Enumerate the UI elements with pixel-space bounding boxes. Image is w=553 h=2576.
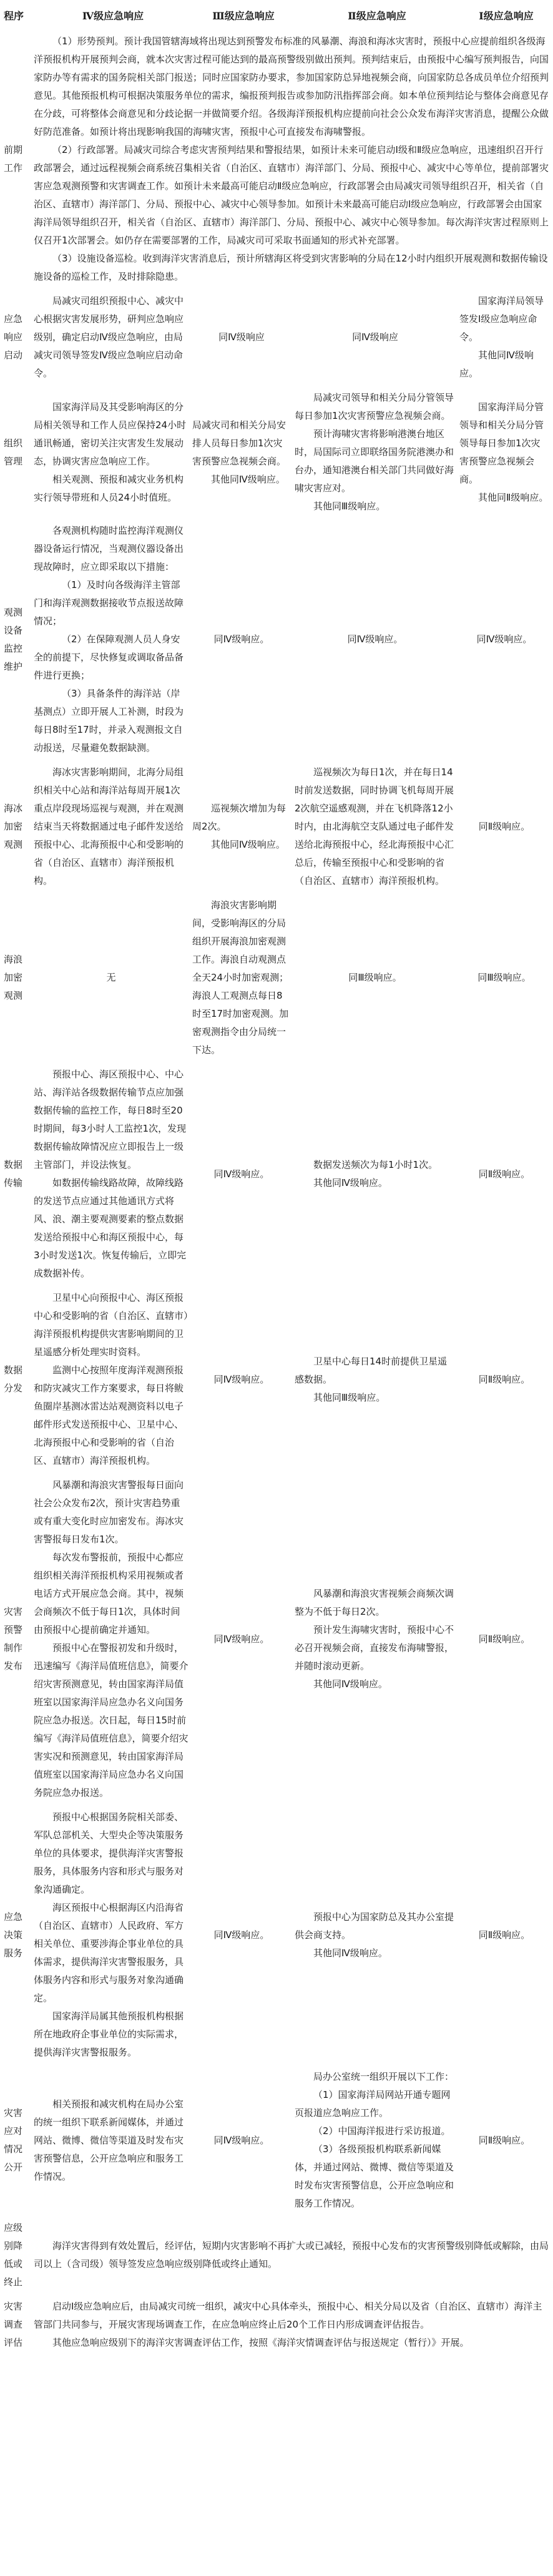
cell-level-4: 局减灾司组织预报中心、减灾中心根据灾害发展形势，研判应急响应级别，确定启动Ⅳ级应…	[34, 290, 192, 386]
table-row-wave-observation: 海浪加密观测 无 海浪灾害影响期间，受影响海区的分局组织开展海浪加密观测工作。海…	[0, 894, 553, 1063]
cell-level-1: 国家海洋局领导签发Ⅰ级应急响应命令。 其他同Ⅳ级响应。	[459, 290, 553, 386]
table-row-disclosure: 灾害应对情况公开 相关预报和减灾机构在局办公室的统一组织下联系新闻媒体，并通过网…	[0, 2065, 553, 2216]
cell-level-3: 局减灾司和相关分局安排人员每日参加1次灾害预警应急视频会商。 其他同Ⅳ级响应。	[192, 386, 295, 519]
cell-level-2: 巡视频次为每日1次，并在每日14时前发送数据，同时协调飞机每周开展2次航空遥感观…	[295, 761, 459, 894]
cell-level-4: 海冰灾害影响期间，北海分局组织相关中心站和海洋站每周开展1次重点岸段现场巡视与观…	[34, 761, 192, 894]
header-level-1: Ⅰ级应急响应	[459, 0, 553, 30]
table-row-warning-release: 灾害预警制作发布 风暴潮和海浪灾害警报每日面向社会公众发布2次，预计灾害趋势重或…	[0, 1474, 553, 1806]
cell-level-2: 局减灾司领导和相关分局分管领导每日参加1次灾害预警应急视频会商。 预计海啸灾害将…	[295, 386, 459, 519]
cell-level-2: 风暴潮和海浪灾害视频会商频次调整为不低于每日2次。 预计发生海啸灾害时，预报中心…	[295, 1474, 459, 1806]
table-row-monitoring: 观测设备监控维护 各观测机构随时监控海洋观测仪器设备运行情况，当观测仪器设备出现…	[0, 519, 553, 761]
row-label: 数据分发	[0, 1286, 34, 1474]
cell-level-1: 同Ⅱ级响应。	[459, 1063, 553, 1286]
cell-level-3: 同Ⅳ级响应。	[192, 2065, 295, 2216]
table-row-organization: 组织管理 国家海洋局及其受影响海区的分局相关领导和工作人员应保持24小时通讯畅通…	[0, 386, 553, 519]
cell-level-2: 局办公室统一组织开展以下工作： （1）国家海洋局网站开通专题网页报道应急响应工作…	[295, 2065, 459, 2216]
row-label: 组织管理	[0, 386, 34, 519]
table-row-data-distribution: 数据分发 卫星中心向预报中心、海区预报中心和受影响的省（自治区、直辖市）海洋预报…	[0, 1286, 553, 1474]
cell-level-3: 同Ⅳ级响应。	[192, 1286, 295, 1474]
survey-content: 启动Ⅰ级应急响应后，由局减灾司统一组织，减灾中心具体牵头，预报中心、相关分局以及…	[34, 2295, 553, 2356]
row-label: 应级别降低或终止	[0, 2216, 34, 2295]
row-label: 灾害应对情况公开	[0, 2065, 34, 2216]
cell-level-3: 海浪灾害影响期间，受影响海区的分局组织开展海浪加密观测工作。海浪自动观测点全天2…	[192, 894, 295, 1063]
row-label: 应急决策服务	[0, 1806, 34, 2065]
cell-level-2: 同Ⅲ级响应。	[295, 894, 459, 1063]
cell-level-1: 同Ⅱ级响应。	[459, 761, 553, 894]
table-row-early-work: 前期工作 （1）形势预判。预计我国管辖海域将出现达到预警发布标准的风暴潮、海浪和…	[0, 30, 553, 290]
table-row-decision-service: 应急决策服务 预报中心根据国务院相关部委、军队总部机关、大型央企等决策服务单位的…	[0, 1806, 553, 2065]
row-label: 观测设备监控维护	[0, 519, 34, 761]
cell-level-2: 数据发送频次为每1小时1次。 其他同Ⅳ级响应。	[295, 1063, 459, 1286]
cell-level-1: 同Ⅱ级响应。	[459, 2065, 553, 2216]
header-level-4: Ⅳ级应急响应	[34, 0, 192, 30]
header-level-2: Ⅱ级应急响应	[295, 0, 459, 30]
cell-level-4: 各观测机构随时监控海洋观测仪器设备运行情况，当观测仪器设备出现故障时，应立即采取…	[34, 519, 192, 761]
cell-level-4: 预报中心根据国务院相关部委、军队总部机关、大型央企等决策服务单位的具体要求，提供…	[34, 1806, 192, 2065]
cell-level-4: 风暴潮和海浪灾害警报每日面向社会公众发布2次，预计灾害趋势重或有重大变化时应加密…	[34, 1474, 192, 1806]
paragraph: （1）形势预判。预计我国管辖海域将出现达到预警发布标准的风暴潮、海浪和海冰灾害时…	[34, 32, 549, 141]
cell-level-4: 无	[34, 894, 192, 1063]
cell-level-1: 同Ⅲ级响应。	[459, 894, 553, 1063]
cell-level-4: 相关预报和减灾机构在局办公室的统一组织下联系新闻媒体，并通过网站、微博、微信等渠…	[34, 2065, 192, 2216]
row-label: 数据传输	[0, 1063, 34, 1286]
row-label: 灾害调查评估	[0, 2295, 34, 2356]
row-label: 应急响应启动	[0, 290, 34, 386]
cell-level-2: 同Ⅳ级响应。	[295, 519, 459, 761]
paragraph: （2）行政部署。局减灾司综合考虑灾害预判结果和警报结果，如预计未来可能启动Ⅰ级和…	[34, 141, 549, 250]
row-label: 海冰加密观测	[0, 761, 34, 894]
lowering-content: 海洋灾害得到有效处置后，经评估，短期内灾害影响不再扩大或已减轻，预报中心发布的灾…	[34, 2216, 553, 2295]
cell-level-3: 同Ⅳ级响应。	[192, 1063, 295, 1286]
paragraph: （3）设施设备巡检。收到海洋灾害消息后，预计所辖海区将受到灾害影响的分局在12小…	[34, 250, 549, 286]
cell-level-3: 同Ⅳ级响应	[192, 290, 295, 386]
cell-level-3: 同Ⅳ级响应。	[192, 1806, 295, 2065]
cell-level-1: 同Ⅱ级响应。	[459, 1806, 553, 2065]
cell-level-4: 国家海洋局及其受影响海区的分局相关领导和工作人员应保持24小时通讯畅通，密切关注…	[34, 386, 192, 519]
emergency-response-table: 程序 Ⅳ级应急响应 Ⅲ级应急响应 Ⅱ级应急响应 Ⅰ级应急响应 前期工作 （1）形…	[0, 0, 553, 2356]
row-label: 海浪加密观测	[0, 894, 34, 1063]
early-work-content: （1）形势预判。预计我国管辖海域将出现达到预警发布标准的风暴潮、海浪和海冰灾害时…	[34, 30, 553, 290]
cell-level-1: 同Ⅱ级响应。	[459, 1474, 553, 1806]
cell-level-3: 巡视频次增加为每周2次。 其他同Ⅳ级响应。	[192, 761, 295, 894]
table-row-ice-observation: 海冰加密观测 海冰灾害影响期间，北海分局组织相关中心站和海洋站每周开展1次重点岸…	[0, 761, 553, 894]
cell-level-1: 国家海洋局分管领导和相关分局分管领导每日参加1次灾害预警应急视频会商。 其他同Ⅱ…	[459, 386, 553, 519]
row-label: 前期工作	[0, 30, 34, 290]
header-procedure: 程序	[0, 0, 34, 30]
cell-level-3: 同Ⅳ级响应。	[192, 519, 295, 761]
cell-level-4: 卫星中心向预报中心、海区预报中心和受影响的省（自治区、直辖市）海洋预报机构提供灾…	[34, 1286, 192, 1474]
header-level-3: Ⅲ级应急响应	[192, 0, 295, 30]
table-header-row: 程序 Ⅳ级应急响应 Ⅲ级应急响应 Ⅱ级应急响应 Ⅰ级应急响应	[0, 0, 553, 30]
table-row-startup: 应急响应启动 局减灾司组织预报中心、减灾中心根据灾害发展形势，研判应急响应级别，…	[0, 290, 553, 386]
table-row-survey: 灾害调查评估 启动Ⅰ级应急响应后，由局减灾司统一组织，减灾中心具体牵头，预报中心…	[0, 2295, 553, 2356]
table-row-lowering: 应级别降低或终止 海洋灾害得到有效处置后，经评估，短期内灾害影响不再扩大或已减轻…	[0, 2216, 553, 2295]
cell-level-4: 预报中心、海区预报中心、中心站、海洋站各级数据传输节点应加强数据传输的监控工作，…	[34, 1063, 192, 1286]
cell-level-3: 同Ⅳ级响应。	[192, 1474, 295, 1806]
cell-level-2: 同Ⅳ级响应	[295, 290, 459, 386]
cell-level-2: 预报中心为国家防总及其办公室提供会商支持。 其他同Ⅳ级响应。	[295, 1806, 459, 2065]
row-label: 灾害预警制作发布	[0, 1474, 34, 1806]
cell-level-1: 同Ⅳ级响应。	[459, 519, 553, 761]
cell-level-2: 卫星中心每日14时前提供卫星遥感数据。 其他同Ⅲ级响应。	[295, 1286, 459, 1474]
cell-level-1: 同Ⅱ级响应。	[459, 1286, 553, 1474]
table-row-data-transmission: 数据传输 预报中心、海区预报中心、中心站、海洋站各级数据传输节点应加强数据传输的…	[0, 1063, 553, 1286]
